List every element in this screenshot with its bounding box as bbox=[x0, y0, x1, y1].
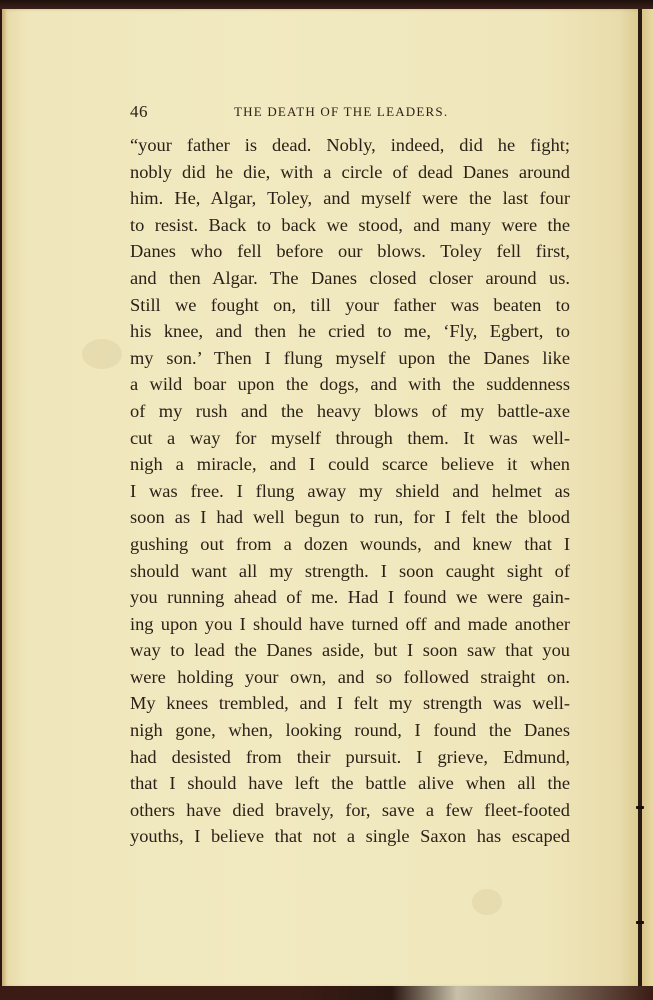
binding-notch bbox=[636, 806, 644, 809]
page-number: 46 bbox=[130, 102, 148, 122]
text-line: and then Algar. The Danes closed closer … bbox=[130, 265, 570, 292]
body-text: “your father is dead. Nobly, indeed, did… bbox=[130, 132, 570, 850]
text-line: youths, I believe that not a single Saxo… bbox=[130, 823, 570, 850]
text-line: nigh gone, when, looking round, I found … bbox=[130, 717, 570, 744]
text-line: should want all my strength. I soon caug… bbox=[130, 558, 570, 585]
text-line: I was free. I flung away my shield and h… bbox=[130, 478, 570, 505]
text-line: you running ahead of me. Had I found we … bbox=[130, 584, 570, 611]
text-line: nigh a miracle, and I could scarce belie… bbox=[130, 451, 570, 478]
text-line: a wild boar upon the dogs, and with the … bbox=[130, 371, 570, 398]
scan-top-border bbox=[0, 0, 653, 9]
text-line: gushing out from a dozen wounds, and kne… bbox=[130, 531, 570, 558]
text-line: my son.’ Then I flung myself upon the Da… bbox=[130, 345, 570, 372]
next-page-edge bbox=[642, 9, 653, 987]
text-line: of my rush and the heavy blows of my bat… bbox=[130, 398, 570, 425]
chapter-title: THE DEATH OF THE LEADERS. bbox=[234, 104, 448, 120]
text-line: him. He, Algar, Toley, and myself were t… bbox=[130, 185, 570, 212]
binding-notch bbox=[636, 921, 644, 924]
text-line: Still we fought on, till your father was… bbox=[130, 292, 570, 319]
text-line: to resist. Back to back we stood, and ma… bbox=[130, 212, 570, 239]
text-line: soon as I had well begun to run, for I f… bbox=[130, 504, 570, 531]
scan-bottom-border bbox=[0, 986, 653, 1000]
text-line: ing upon you I should have turned off an… bbox=[130, 611, 570, 638]
text-line: were holding your own, and so followed s… bbox=[130, 664, 570, 691]
text-line: had desisted from their pursuit. I griev… bbox=[130, 744, 570, 771]
text-line: others have died bravely, for, save a fe… bbox=[130, 797, 570, 824]
text-line: cut a way for myself through them. It wa… bbox=[130, 425, 570, 452]
paper-stain bbox=[82, 339, 122, 369]
running-head: 46 THE DEATH OF THE LEADERS. bbox=[130, 102, 573, 126]
text-line: nobly did he die, with a circle of dead … bbox=[130, 159, 570, 186]
text-line: way to lead the Danes aside, but I soon … bbox=[130, 637, 570, 664]
text-line: Danes who fell before our blows. Toley f… bbox=[130, 238, 570, 265]
text-line: My knees trembled, and I felt my strengt… bbox=[130, 690, 570, 717]
text-line: that I should have left the battle alive… bbox=[130, 770, 570, 797]
scanned-book-page: 46 THE DEATH OF THE LEADERS. “your fathe… bbox=[0, 0, 653, 1000]
text-line: his knee, and then he cried to me, ‘Fly,… bbox=[130, 318, 570, 345]
text-line: “your father is dead. Nobly, indeed, did… bbox=[130, 132, 570, 159]
paper-stain bbox=[472, 889, 502, 915]
